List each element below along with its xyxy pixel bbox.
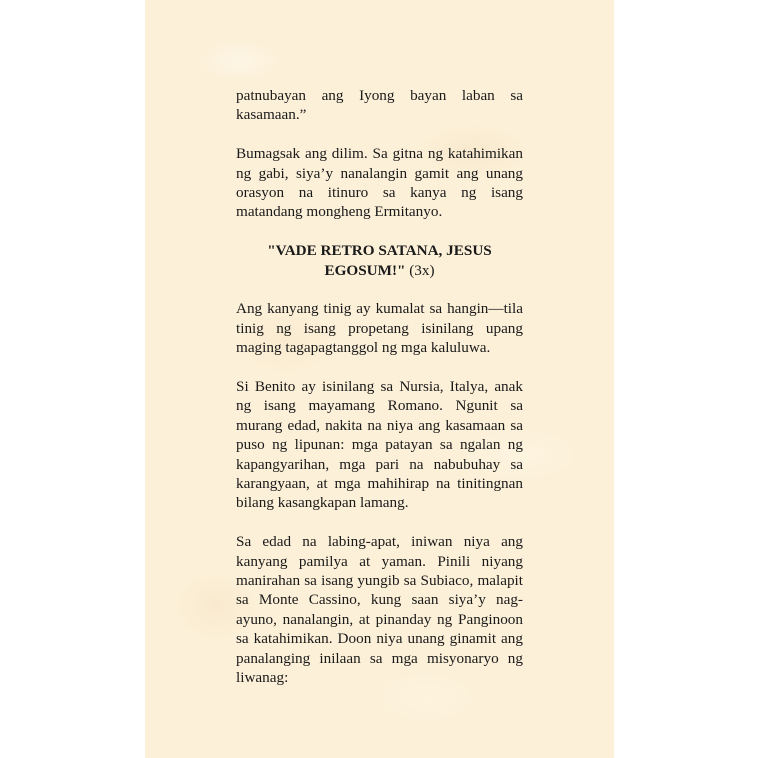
prayer-heading-text: "VADE RETRO SATANA, JESUS EGOSUM!": [267, 242, 491, 278]
paragraph: Ang kanyang tinig ay kumalat sa hangin—t…: [236, 299, 523, 357]
prayer-repeat-count: (3x): [405, 262, 434, 279]
page-text: patnubayan ang Iyong bayan laban sa kasa…: [236, 86, 523, 707]
document-page: patnubayan ang Iyong bayan laban sa kasa…: [145, 0, 614, 758]
paragraph: Si Benito ay isinilang sa Nursia, Italya…: [236, 377, 523, 513]
prayer-heading: "VADE RETRO SATANA, JESUS EGOSUM!" (3x): [236, 241, 523, 280]
paragraph: Bumagsak ang dilim. Sa gitna ng katahimi…: [236, 144, 523, 222]
paragraph: Sa edad na labing-apat, iniwan niya ang …: [236, 532, 523, 687]
paragraph: patnubayan ang Iyong bayan laban sa kasa…: [236, 86, 523, 125]
